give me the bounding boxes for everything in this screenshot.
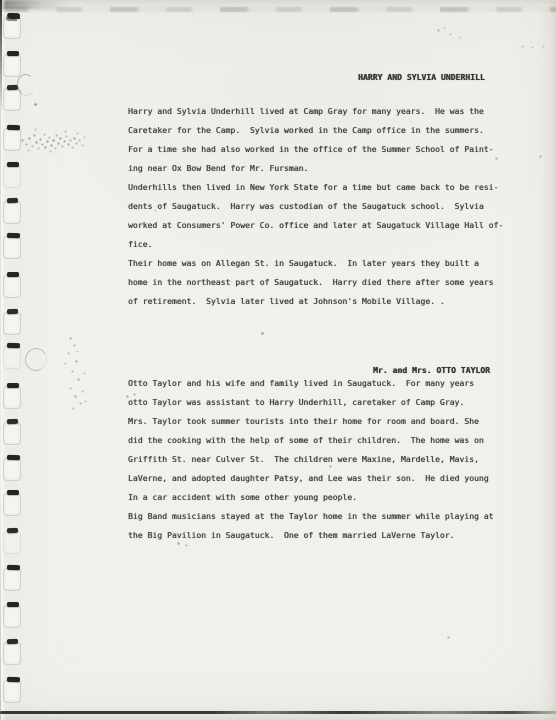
scan-bottom-edge bbox=[0, 711, 556, 714]
hole-punch-outline bbox=[3, 346, 21, 369]
text-line: For a time she had also worked in the of… bbox=[128, 140, 503, 159]
text-line: Their home was on Allegan St. in Saugatu… bbox=[128, 254, 503, 273]
text-line: Big Band musicians stayed at the Taylor … bbox=[128, 507, 493, 526]
text-line: did the cooking with the help of some of… bbox=[128, 431, 493, 450]
text-line: worked at Consumers' Power Co. office an… bbox=[128, 216, 503, 235]
binding-hole bbox=[5, 602, 23, 630]
hole-punch-outline bbox=[3, 642, 21, 665]
hole-shadow bbox=[7, 677, 20, 682]
scanned-page: HARRY AND SYLVIA UNDERHILL Harry and Syl… bbox=[0, 0, 556, 720]
hole-shadow bbox=[7, 343, 20, 348]
hole-shadow bbox=[7, 455, 20, 460]
hole-punch-outline bbox=[3, 458, 21, 481]
hole-shadow bbox=[7, 125, 20, 130]
hole-shadow bbox=[7, 602, 19, 607]
paragraph-taylor: Otto Taylor and his wife and family live… bbox=[128, 374, 493, 545]
hole-shadow bbox=[7, 383, 19, 388]
hole-shadow bbox=[7, 51, 19, 56]
binding-hole bbox=[5, 233, 23, 261]
binding-hole bbox=[5, 13, 23, 41]
hole-punch-outline bbox=[3, 493, 21, 516]
text-line: of retirement. Sylvia later lived at Joh… bbox=[128, 292, 503, 311]
heading-underhill: HARRY AND SYLVIA UNDERHILL bbox=[358, 68, 485, 87]
hole-shadow bbox=[7, 639, 18, 644]
hole-punch-outline bbox=[3, 165, 21, 188]
ink-specks bbox=[0, 0, 1, 1]
text-line: home in the northeast part of Saugatuck.… bbox=[128, 273, 503, 292]
hole-punch-outline bbox=[3, 54, 21, 77]
hole-punch-outline bbox=[3, 312, 21, 335]
hole-shadow bbox=[7, 309, 18, 314]
text-line: dents of Saugatuck. Harry was custodian … bbox=[128, 197, 503, 216]
speckle-stain bbox=[60, 333, 61, 334]
binding-hole bbox=[5, 455, 23, 483]
binding-hole bbox=[5, 343, 23, 371]
binding-hole bbox=[5, 125, 23, 153]
hole-shadow bbox=[7, 490, 19, 495]
hole-punch-outline bbox=[3, 422, 21, 445]
hole-punch-outline bbox=[3, 680, 21, 703]
text-line: Mrs. Taylor took summer tourists into th… bbox=[128, 412, 493, 431]
text-line: Griffith St. near Culver St. The childre… bbox=[128, 450, 493, 469]
binding-hole bbox=[5, 383, 23, 411]
hole-punch-outline bbox=[3, 236, 21, 259]
hole-punch-outline bbox=[3, 531, 21, 554]
hole-punch-outline bbox=[3, 568, 21, 591]
binding-hole bbox=[5, 528, 23, 556]
text-line: the Big Pavilion in Saugatuck. One of th… bbox=[128, 526, 493, 545]
hole-shadow bbox=[7, 162, 19, 167]
binding-hole bbox=[5, 565, 23, 593]
text-line: In a car accident with some other young … bbox=[128, 488, 493, 507]
text-line: Caretaker for the Camp. Sylvia worked in… bbox=[128, 121, 503, 140]
text-line: Otto Taylor and his wife and family live… bbox=[128, 374, 493, 393]
hole-shadow bbox=[7, 565, 20, 570]
hole-punch-outline bbox=[3, 201, 21, 224]
binding-hole bbox=[5, 639, 23, 667]
binding-hole bbox=[5, 677, 23, 705]
hole-shadow bbox=[7, 233, 20, 238]
hole-punch-outline bbox=[3, 605, 21, 628]
hole-punch-outline bbox=[3, 16, 21, 39]
hole-punch-outline bbox=[3, 128, 21, 151]
hole-punch-outline bbox=[3, 275, 21, 298]
text-line: otto Taylor was assistant to Harry Under… bbox=[128, 393, 493, 412]
binding-hole bbox=[5, 419, 23, 447]
binding-hole bbox=[5, 198, 23, 226]
paragraph-underhill: Harry and Sylvia Underhill lived at Camp… bbox=[128, 102, 503, 311]
circular-stain bbox=[23, 346, 50, 374]
scan-top-edge bbox=[0, 0, 556, 14]
text-line: fice. bbox=[128, 235, 503, 254]
speckle-stain bbox=[20, 126, 21, 127]
hole-shadow bbox=[7, 528, 18, 533]
binding-hole bbox=[5, 309, 23, 337]
text-line: Underhills then lived in New York State … bbox=[128, 178, 503, 197]
text-line: ing near Ox Bow Bend for Mr. Fursman. bbox=[128, 159, 503, 178]
hole-shadow bbox=[7, 13, 20, 19]
binding-hole bbox=[5, 162, 23, 190]
hole-punch-outline bbox=[3, 386, 21, 409]
hole-shadow bbox=[7, 198, 18, 203]
hole-shadow bbox=[7, 272, 19, 277]
text-line: Harry and Sylvia Underhill lived at Camp… bbox=[128, 102, 503, 121]
text-line: LaVerne, and adopted daughter Patsy, and… bbox=[128, 469, 493, 488]
binding-hole bbox=[5, 272, 23, 300]
binding-hole bbox=[5, 490, 23, 518]
hole-shadow bbox=[7, 419, 18, 424]
